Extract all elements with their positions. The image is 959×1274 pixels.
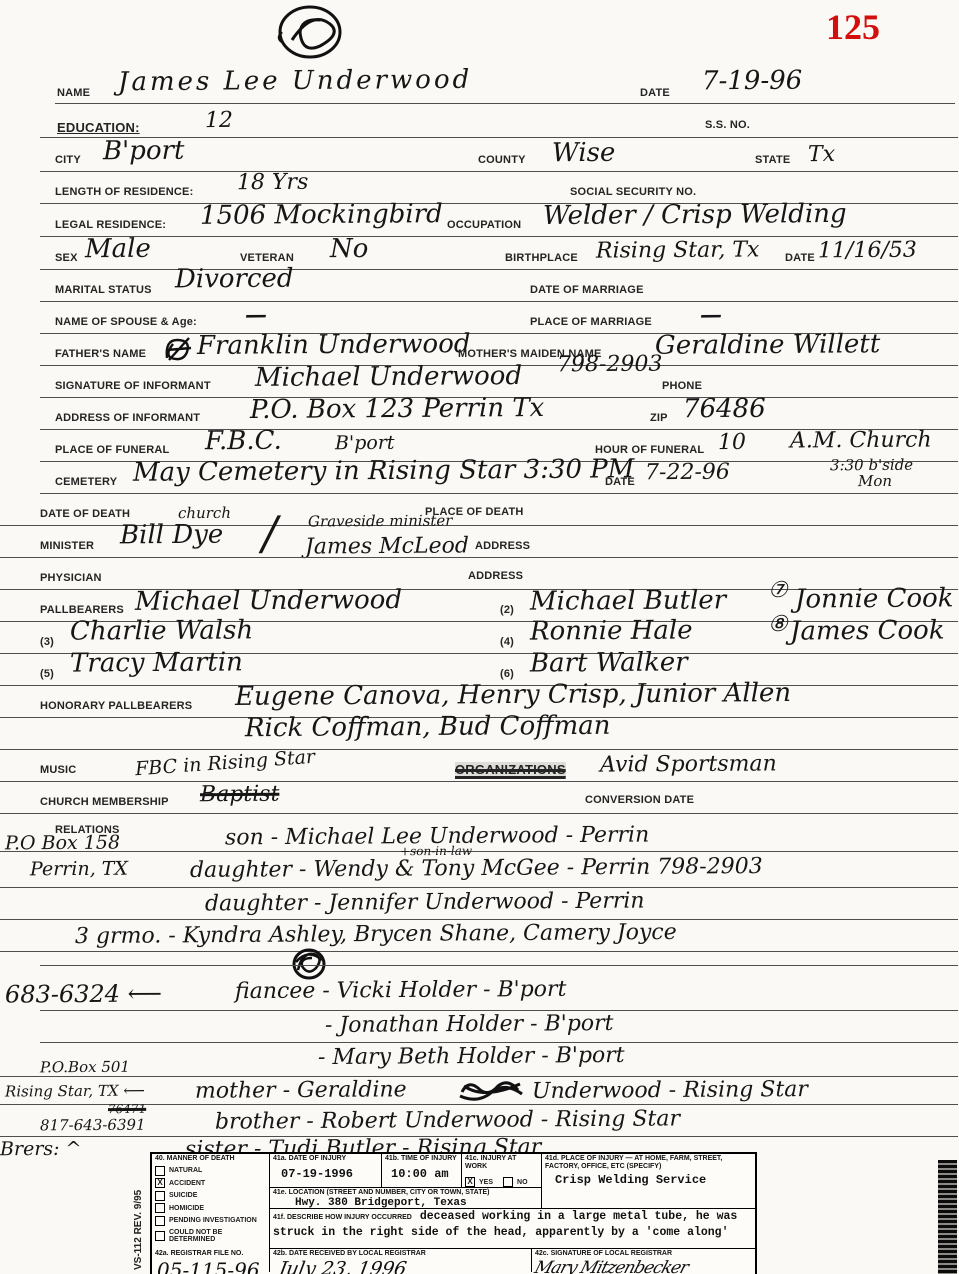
date-value: 7-19-96 <box>702 66 802 97</box>
scratch-out-scribble <box>163 334 195 364</box>
rule-line <box>0 557 958 558</box>
pallbearer-8: James Cook <box>790 615 945 646</box>
label-could-not-be-determined: COULD NOT BE DETERMINED <box>169 1229 266 1243</box>
time-of-injury-title: 41b. TIME OF INJURY <box>385 1155 458 1163</box>
pallbearer-4: Ronnie Hale <box>530 615 693 646</box>
checkbox-suicide <box>155 1191 165 1201</box>
registrar-file-value: 05-115-96 <box>157 1258 266 1274</box>
fiancee-line: fiancee - Vicki Holder - B'port <box>235 977 567 1004</box>
rule-line <box>40 301 958 302</box>
time-of-injury-value: 10:00 am <box>391 1167 458 1181</box>
time-of-injury-cell: 41b. TIME OF INJURY 10:00 am <box>382 1154 462 1188</box>
rule-line <box>0 887 958 888</box>
brother-phone: 817-643-6391 <box>40 1116 146 1135</box>
describe-injury-title: 41f. DESCRIBE HOW INJURY OCCURRED <box>273 1214 412 1222</box>
label-natural: NATURAL <box>169 1167 202 1174</box>
church-membership-label: CHURCH MEMBERSHIP <box>40 796 169 808</box>
sex-label: SEX <box>55 252 78 264</box>
minister-address-label: ADDRESS <box>475 540 530 552</box>
phone-value: 798-2903 <box>557 352 663 378</box>
injury-at-work-options: X YES NO <box>465 1177 538 1187</box>
describe-injury-line-2: struck in the right side of the head, ap… <box>273 1226 752 1239</box>
conversion-date-label: CONVERSION DATE <box>585 794 694 806</box>
label-homicide: HOMICIDE <box>169 1205 204 1212</box>
phone-label: PHONE <box>662 380 702 392</box>
pobox-note: P.O.Box 501 <box>40 1058 130 1077</box>
date-received-cell: 42b. DATE RECEIVED BY LOCAL REGISTRAR Ju… <box>270 1249 532 1272</box>
rule-line <box>40 965 958 966</box>
church-membership-value: Baptist <box>200 782 280 808</box>
hour-value: 10 <box>718 430 746 455</box>
label-suicide: SUICIDE <box>169 1192 197 1199</box>
county-value: Wise <box>552 138 616 168</box>
date-of-injury-title: 41a. DATE OF INJURY <box>273 1155 378 1163</box>
informant-label: SIGNATURE OF INFORMANT <box>55 380 211 392</box>
graveside-minister-note: Graveside minister <box>308 511 453 530</box>
city-label: CITY <box>55 154 81 166</box>
length-of-residence-value: 18 Yrs <box>237 170 309 195</box>
informant-value: Michael Underwood <box>255 361 522 393</box>
registrar-signature-cell: 42c. SIGNATURE OF LOCAL REGISTRAR Mary M… <box>532 1249 755 1272</box>
birthplace-label: BIRTHPLACE <box>505 252 578 264</box>
describe-injury-line-1: deceased working in a large metal tube, … <box>420 1210 737 1223</box>
rising-star-note: Rising Star, TX ⟵ <box>5 1082 145 1101</box>
place-of-funeral-value: F.B.C. <box>205 426 282 457</box>
mother-value: Geraldine Willett <box>655 329 880 361</box>
spouse-label: NAME OF SPOUSE & Age: <box>55 316 197 328</box>
checkbox-accident: X <box>155 1178 165 1188</box>
state-label: STATE <box>755 154 790 166</box>
date-label: DATE <box>640 87 670 99</box>
location-cell: 41e. LOCATION (STREET AND NUMBER, CITY O… <box>270 1188 542 1209</box>
organizations-value: Avid Sportsman <box>600 751 777 777</box>
name-value: James Lee Underwood <box>118 65 472 97</box>
checkbox-homicide <box>155 1203 165 1213</box>
birthdate-value: 11/16/53 <box>818 238 917 264</box>
page-number: 125 <box>826 6 880 48</box>
date-of-marriage-label: DATE OF MARRIAGE <box>530 284 644 296</box>
marybeth-line: - Mary Beth Holder - B'port <box>318 1043 625 1070</box>
pallbearer-3-num: (3) <box>40 636 54 648</box>
honorary-line-2: Rick Coffman, Bud Coffman <box>245 711 611 744</box>
honorary-line-1: Eugene Canova, Henry Crisp, Junior Allen <box>235 678 791 712</box>
injury-report-form: 40. MANNER OF DEATH NATURAL X ACCIDENT S… <box>150 1152 757 1274</box>
graveside-day-note: Mon <box>858 472 892 490</box>
describe-injury-cell: 41f. DESCRIBE HOW INJURY OCCURRED deceas… <box>270 1209 755 1249</box>
zip-value: 76486 <box>683 394 766 425</box>
mother-line-a: mother - Geraldine <box>195 1077 407 1103</box>
slash-mark: / <box>262 506 278 560</box>
occupation-label: OCCUPATION <box>447 219 521 231</box>
label-injury-no: NO <box>517 1179 528 1186</box>
rule-line <box>55 103 955 104</box>
checkbox-pending-investigation <box>155 1216 165 1226</box>
date-received-value: July 23, 1996 <box>277 1258 530 1274</box>
manner-option-suicide: SUICIDE <box>155 1191 266 1201</box>
education-label: EDUCATION: <box>57 120 140 135</box>
state-value: Tx <box>808 142 835 167</box>
circled-scribble-top <box>262 2 354 62</box>
manner-of-death-title: 40. MANNER OF DEATH <box>155 1155 266 1163</box>
cemetery-label: CEMETERY <box>55 476 117 488</box>
checkbox-injury-yes: X <box>465 1177 475 1187</box>
cemetery-value: May Cemetery in Rising Star 3:30 PM <box>133 454 635 487</box>
rule-line <box>0 749 958 750</box>
marital-status-label: MARITAL STATUS <box>55 284 152 296</box>
education-value: 12 <box>205 108 233 133</box>
jonathan-line: - Jonathan Holder - B'port <box>325 1011 614 1038</box>
physician-address-label: ADDRESS <box>468 570 523 582</box>
registrar-signature-value: Mary Mitzenbecker <box>532 1258 755 1274</box>
ssno-label: S.S. NO. <box>705 119 750 131</box>
scan-binding-strip <box>938 1160 957 1274</box>
birthplace-value: Rising Star, Tx <box>596 237 760 263</box>
scratched-word-scribble <box>458 1078 524 1104</box>
label-pending-investigation: PENDING INVESTIGATION <box>169 1217 257 1224</box>
pallbearer-5-num: (5) <box>40 668 54 680</box>
manner-option-homicide: HOMICIDE <box>155 1203 266 1213</box>
county-label: COUNTY <box>478 154 526 166</box>
label-injury-yes: YES <box>479 1179 493 1186</box>
corner-note: Brers: ^ <box>0 1138 82 1161</box>
funeral-date-label: DATE <box>605 476 635 488</box>
manner-option-undetermined: COULD NOT BE DETERMINED <box>155 1229 266 1243</box>
rule-line <box>0 781 958 782</box>
spouse-value: — <box>245 302 267 328</box>
relation-daughter-1: daughter - Wendy & Tony McGee - Perrin 7… <box>190 854 763 883</box>
place-of-funeral-label: PLACE OF FUNERAL <box>55 444 169 456</box>
physician-label: PHYSICIAN <box>40 572 102 584</box>
place-of-injury-value: Crisp Welding Service <box>555 1173 752 1187</box>
pallbearer-6: Bart Walker <box>530 647 688 678</box>
occupation-value: Welder / Crisp Welding <box>543 199 847 231</box>
music-label: MUSIC <box>40 764 76 776</box>
rule-line <box>0 813 958 814</box>
funeral-record-page: 125 NAME James Lee Underwood DATE 7-19-9… <box>0 0 959 1274</box>
registrar-signature-title: 42c. SIGNATURE OF LOCAL REGISTRAR <box>535 1250 752 1258</box>
manner-option-pending: PENDING INVESTIGATION <box>155 1216 266 1226</box>
legal-residence-label: LEGAL RESIDENCE: <box>55 219 166 231</box>
rule-line <box>0 851 958 852</box>
injury-at-work-cell: 41c. INJURY AT WORK X YES NO <box>462 1154 542 1188</box>
father-value: Franklin Underwood <box>197 329 471 361</box>
location-title: 41e. LOCATION (STREET AND NUMBER, CITY O… <box>273 1189 538 1197</box>
pallbearer-2-num: (2) <box>500 604 514 616</box>
relation-daughter-2: daughter - Jennifer Underwood - Perrin <box>205 888 645 916</box>
marital-status-value: Divorced <box>175 264 294 295</box>
hour-note: A.M. Church <box>790 428 932 454</box>
pallbearer-8-num: ⑧ <box>768 612 788 637</box>
registrar-file-title: 42a. REGISTRAR FILE NO. <box>155 1250 266 1258</box>
phone-note-left: 683-6324 ⟵ <box>5 979 162 1008</box>
manner-of-death-cell: 40. MANNER OF DEATH NATURAL X ACCIDENT S… <box>152 1154 270 1249</box>
place-of-marriage-value: — <box>700 302 722 328</box>
veteran-value: No <box>330 234 369 264</box>
sex-value: Male <box>85 234 151 264</box>
manner-option-accident: X ACCIDENT <box>155 1178 266 1188</box>
pallbearer-5: Tracy Martin <box>70 647 243 678</box>
checkbox-natural <box>155 1166 165 1176</box>
rule-line <box>0 919 958 920</box>
rule-line <box>40 236 958 237</box>
scribble-doodle-mid <box>288 946 330 982</box>
date-received-title: 42b. DATE RECEIVED BY LOCAL REGISTRAR <box>273 1250 528 1258</box>
pallbearer-3: Charlie Walsh <box>70 615 253 646</box>
honorary-pallbearers-label: HONORARY PALLBEARERS <box>40 700 192 712</box>
brother-line: brother - Robert Underwood - Rising Star <box>215 1106 680 1134</box>
zip-label: ZIP <box>650 412 668 424</box>
checkbox-injury-no <box>503 1177 513 1187</box>
social-security-label: SOCIAL SECURITY NO. <box>570 186 696 198</box>
pallbearers-label: PALLBEARERS <box>40 604 124 616</box>
rule-line <box>40 493 958 494</box>
veteran-label: VETERAN <box>240 252 294 264</box>
place-of-marriage-label: PLACE OF MARRIAGE <box>530 316 652 328</box>
organizations-label: ORGANIZATIONS <box>455 762 566 777</box>
location-value: Hwy. 380 Bridgeport, Texas <box>295 1197 538 1209</box>
pallbearer-6-num: (6) <box>500 668 514 680</box>
pallbearer-7-num: ⑦ <box>768 578 788 603</box>
informant-address-label: ADDRESS OF INFORMANT <box>55 412 200 424</box>
checkbox-could-not-be-determined <box>155 1231 165 1241</box>
rule-line <box>0 951 958 952</box>
rule-line <box>40 171 958 172</box>
father-label: FATHER'S NAME <box>55 348 146 360</box>
date-of-injury-cell: 41a. DATE OF INJURY 07-19-1996 <box>270 1154 382 1188</box>
place-of-injury-cell: 41d. PLACE OF INJURY — AT HOME, FARM, ST… <box>542 1154 755 1209</box>
mother-line-b: Underwood - Rising Star <box>532 1077 808 1104</box>
date-of-injury-value: 07-19-1996 <box>281 1167 378 1181</box>
manner-option-natural: NATURAL <box>155 1166 266 1176</box>
old-number-struck: 76471 <box>108 1102 146 1116</box>
place-of-injury-title: 41d. PLACE OF INJURY — AT HOME, FARM, ST… <box>545 1155 752 1171</box>
informant-address-value: P.O. Box 123 Perrin Tx <box>250 393 544 425</box>
label-accident: ACCIDENT <box>169 1180 205 1187</box>
pallbearer-2: Michael Butler <box>530 585 726 616</box>
legal-residence-value: 1506 Mockingbird <box>200 199 443 231</box>
music-value: FBC in Rising Star <box>134 746 315 781</box>
rule-line <box>0 1076 958 1077</box>
form-revision-label: VS-112 REV. 9/95 <box>133 1190 144 1270</box>
funeral-date-value: 7-22-96 <box>645 460 730 486</box>
name-label: NAME <box>57 87 90 99</box>
date-of-death-label: DATE OF DEATH <box>40 508 130 520</box>
place-of-funeral-city: B'port <box>335 432 395 454</box>
minister-value-1: Bill Dye <box>120 520 223 551</box>
birthdate-label: DATE <box>785 252 815 264</box>
length-of-residence-label: LENGTH OF RESIDENCE: <box>55 186 193 198</box>
registrar-file-cell: 42a. REGISTRAR FILE NO. 05-115-96 <box>152 1249 270 1272</box>
minister-value-2: James McLeod <box>305 533 469 559</box>
pallbearer-4-num: (4) <box>500 636 514 648</box>
city-value: B'port <box>103 136 185 167</box>
relation-grandchildren: 3 grmo. - Kyndra Ashley, Brycen Shane, C… <box>75 920 677 949</box>
pallbearer-7: Jonnie Cook <box>795 583 954 614</box>
pallbearer-1: Michael Underwood <box>135 585 402 617</box>
relations-address-2: Perrin, TX <box>30 858 128 881</box>
injury-at-work-title: 41c. INJURY AT WORK <box>465 1155 538 1171</box>
minister-label: MINISTER <box>40 540 94 552</box>
